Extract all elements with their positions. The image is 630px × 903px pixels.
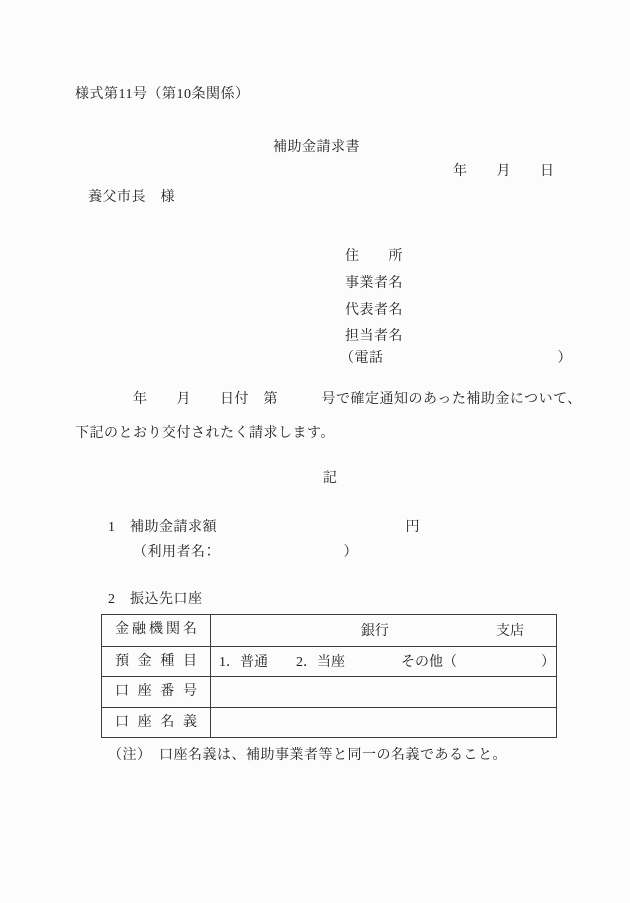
contact-person-label: 担当者名 xyxy=(345,327,403,347)
date-line: 年 月 日 xyxy=(453,162,555,182)
phone-line: （電話 ） xyxy=(340,349,572,369)
business-name-label: 事業者名 xyxy=(345,274,403,294)
account-holder-value xyxy=(211,707,556,738)
form-number-line: 様式第11号（第10条関係） xyxy=(75,85,249,105)
account-number-value xyxy=(211,676,556,707)
transfer-account-heading: 2 振込先口座 xyxy=(108,590,203,610)
account-table: 金融機関名 銀行 支店 預金種目 1．普通 2．当座 その他（ ） 口座番号 口… xyxy=(101,614,557,738)
account-number-label: 口座番号 xyxy=(102,676,211,707)
representative-name-label: 代表者名 xyxy=(345,301,403,321)
document-page: 様式第11号（第10条関係） 補助金請求書 年 月 日 養父市長 様 住 所 事… xyxy=(0,0,630,903)
body-line-2: 下記のとおり交付されたく請求します。 xyxy=(75,424,335,444)
addressee-line: 養父市長 様 xyxy=(88,188,175,208)
document-title: 補助金請求書 xyxy=(273,138,360,158)
financial-institution-cell: 銀行 支店 xyxy=(211,615,556,646)
user-name-line: （利用者名： ） xyxy=(133,543,358,563)
bank-suffix-label: 銀行 xyxy=(361,620,389,640)
account-holder-label: 口座名義 xyxy=(102,707,211,738)
deposit-type-label: 預金種目 xyxy=(102,646,211,677)
address-label: 住 所 xyxy=(345,247,403,267)
financial-institution-label: 金融機関名 xyxy=(102,615,211,646)
subsidy-amount-line: 1 補助金請求額 円 xyxy=(108,518,420,538)
deposit-type-options: 1．普通 2．当座 その他（ ） xyxy=(211,646,556,677)
note-line: （注） 口座名義は、補助事業者等と同一の名義であること。 xyxy=(108,746,507,766)
branch-suffix-label: 支店 xyxy=(496,620,524,640)
ki-heading: 記 xyxy=(323,469,338,489)
body-line-1: 年 月 日付 第 号で確定通知のあった補助金について、 xyxy=(75,390,582,410)
